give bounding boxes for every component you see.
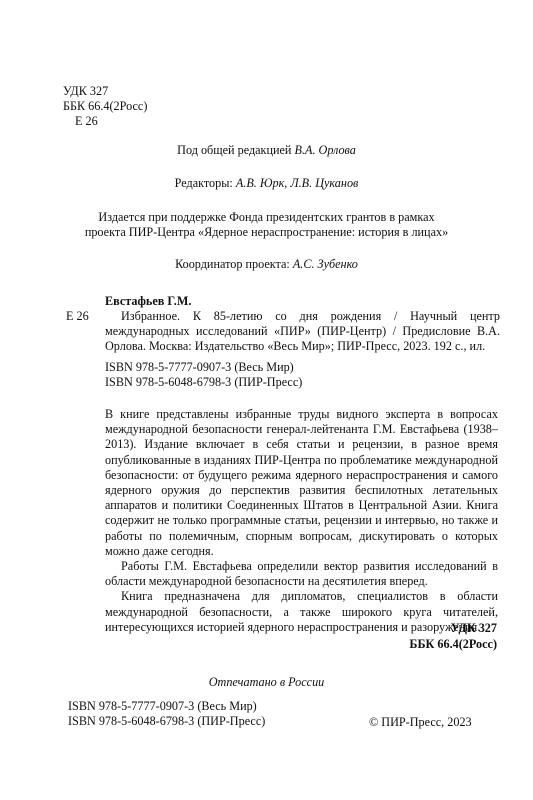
- imprint-isbn-list: ISBN 978-5-7777-0907-3 (Весь Мир) ISBN 9…: [68, 699, 265, 729]
- imprint-isbn-ves-mir: ISBN 978-5-7777-0907-3 (Весь Мир): [68, 699, 265, 714]
- bottom-classification-codes: УДК 327 ББК 66.4(2Росс): [409, 621, 497, 653]
- bbk-code: ББК 66.4(2Росс): [63, 99, 147, 114]
- general-editor-line: Под общей редакцией В.А. Орлова: [0, 143, 533, 158]
- imprint-isbn-pir-press: ISBN 978-5-6048-6798-3 (ПИР-Пресс): [68, 714, 265, 729]
- general-editor-prefix: Под общей редакцией: [177, 143, 294, 157]
- abstract-paragraph: В книге представлены избранные труды вид…: [105, 407, 498, 559]
- udk-code: УДК 327: [63, 84, 147, 99]
- bottom-udk-code: УДК 327: [409, 621, 497, 637]
- abstract-paragraph: Работы Г.М. Евстафьева определили вектор…: [105, 559, 498, 589]
- editors-prefix: Редакторы:: [175, 176, 236, 190]
- coordinator-name: А.С. Зубенко: [293, 257, 358, 271]
- support-line-1: Издается при поддержке Фонда президентск…: [0, 210, 533, 225]
- bottom-bbk-code: ББК 66.4(2Росс): [409, 637, 497, 653]
- catalog-isbn-list: ISBN 978-5-7777-0907-3 (Весь Мир) ISBN 9…: [105, 360, 302, 390]
- isbn-pir-press: ISBN 978-5-6048-6798-3 (ПИР-Пресс): [105, 375, 302, 390]
- support-line-2: проекта ПИР-Центра «Ядерное нераспростра…: [0, 225, 533, 240]
- general-editor-name: В.А. Орлова: [295, 143, 356, 157]
- catalog-record: Евстафьев Г.М. Избранное. К 85-летию со …: [105, 294, 500, 354]
- abstract: В книге представлены избранные труды вид…: [105, 407, 498, 635]
- coordinator-line: Координатор проекта: А.С. Зубенко: [0, 257, 533, 272]
- isbn-ves-mir: ISBN 978-5-7777-0907-3 (Весь Мир): [105, 360, 302, 375]
- classification-codes: УДК 327 ББК 66.4(2Росс) Е 26: [63, 84, 147, 129]
- catalog-author-mark: Е 26: [66, 309, 89, 324]
- editors-line: Редакторы: А.В. Юрк, Л.В. Цуканов: [0, 176, 533, 191]
- catalog-description: Избранное. К 85-летию со дня рождения / …: [105, 309, 500, 354]
- coordinator-prefix: Координатор проекта:: [175, 257, 293, 271]
- copyright-notice: © ПИР-Пресс, 2023: [369, 715, 472, 730]
- catalog-author: Евстафьев Г.М.: [105, 294, 500, 309]
- printed-in-russia: Отпечатано в России: [0, 675, 533, 690]
- editors-names: А.В. Юрк, Л.В. Цуканов: [236, 176, 358, 190]
- author-mark: Е 26: [63, 114, 147, 129]
